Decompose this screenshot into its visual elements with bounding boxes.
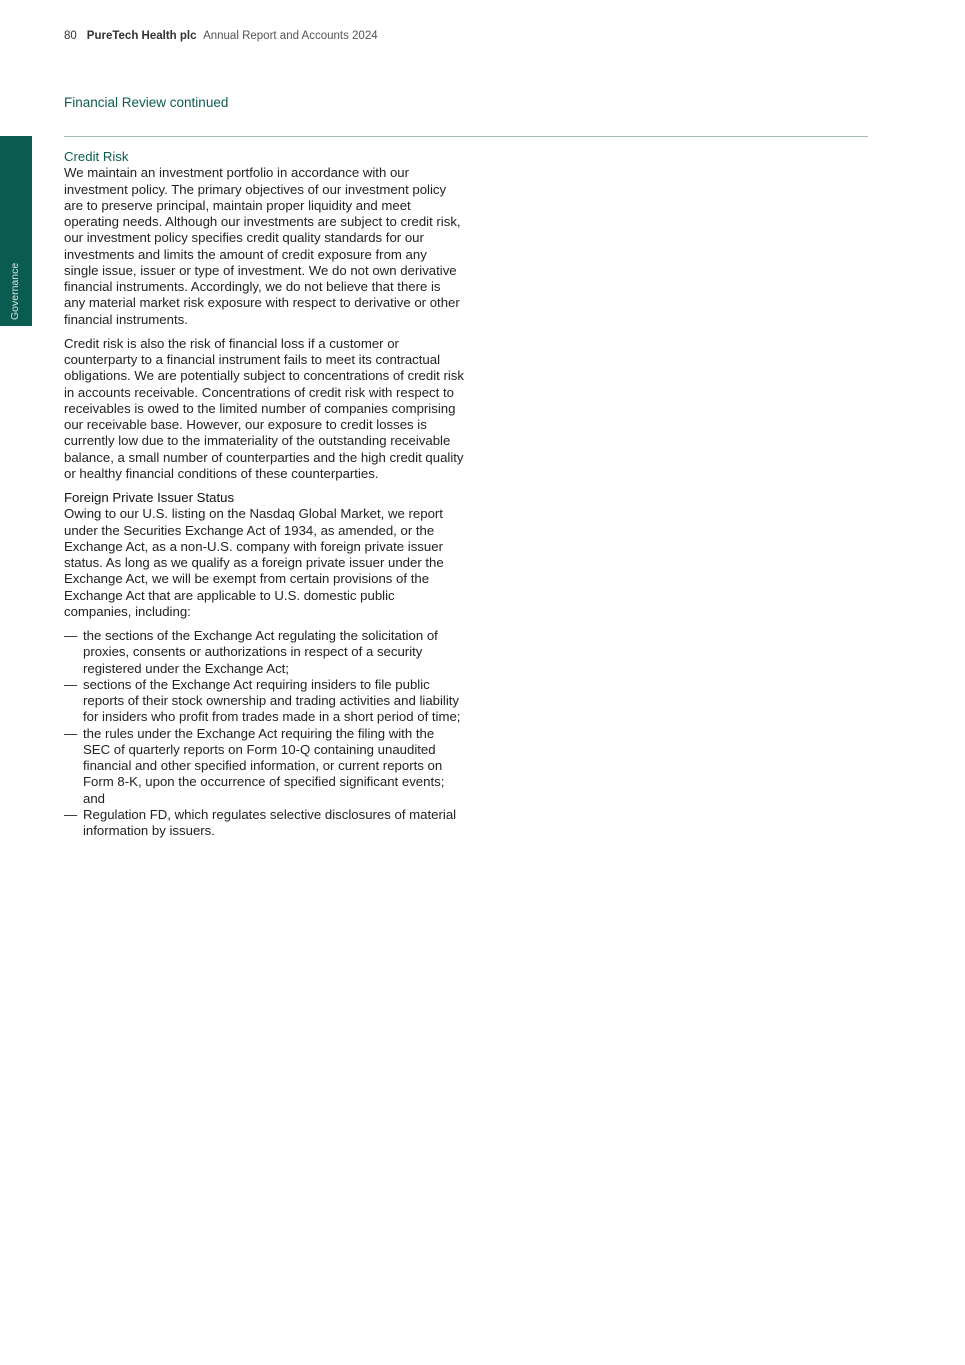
list-item-text: Regulation FD, which regulates selective… bbox=[83, 807, 456, 838]
credit-risk-section: Credit Risk We maintain an investment po… bbox=[64, 149, 464, 482]
list-item-text: the rules under the Exchange Act requiri… bbox=[83, 726, 444, 806]
credit-risk-heading: Credit Risk bbox=[64, 149, 464, 165]
credit-risk-paragraph-2: Credit risk is also the risk of financia… bbox=[64, 336, 464, 482]
company-name: PureTech Health plc bbox=[87, 30, 197, 42]
exemptions-list: — the sections of the Exchange Act regul… bbox=[64, 628, 464, 839]
document-title: Annual Report and Accounts 2024 bbox=[203, 30, 378, 42]
running-header: 80PureTech Health plc Annual Report and … bbox=[64, 30, 378, 42]
list-item: — Regulation FD, which regulates selecti… bbox=[64, 807, 464, 840]
dash-bullet-icon: — bbox=[64, 628, 77, 644]
list-item: — the sections of the Exchange Act regul… bbox=[64, 628, 464, 677]
side-tab-label: Governance bbox=[9, 263, 21, 320]
page-number: 80 bbox=[64, 30, 77, 42]
list-item: — the rules under the Exchange Act requi… bbox=[64, 726, 464, 807]
list-item: — sections of the Exchange Act requiring… bbox=[64, 677, 464, 726]
credit-risk-paragraph-1: We maintain an investment portfolio in a… bbox=[64, 165, 464, 328]
section-title: Financial Review continued bbox=[64, 95, 228, 110]
section-divider bbox=[64, 136, 868, 137]
list-item-text: sections of the Exchange Act requiring i… bbox=[83, 677, 460, 725]
foreign-private-issuer-heading: Foreign Private Issuer Status bbox=[64, 490, 464, 506]
dash-bullet-icon: — bbox=[64, 807, 77, 823]
dash-bullet-icon: — bbox=[64, 677, 77, 693]
foreign-private-issuer-section: Foreign Private Issuer Status Owing to o… bbox=[64, 490, 464, 839]
foreign-private-issuer-intro: Owing to our U.S. listing on the Nasdaq … bbox=[64, 506, 464, 620]
dash-bullet-icon: — bbox=[64, 726, 77, 742]
side-tab-governance: Governance bbox=[0, 136, 32, 326]
list-item-text: the sections of the Exchange Act regulat… bbox=[83, 628, 438, 676]
main-content: Credit Risk We maintain an investment po… bbox=[64, 149, 464, 839]
